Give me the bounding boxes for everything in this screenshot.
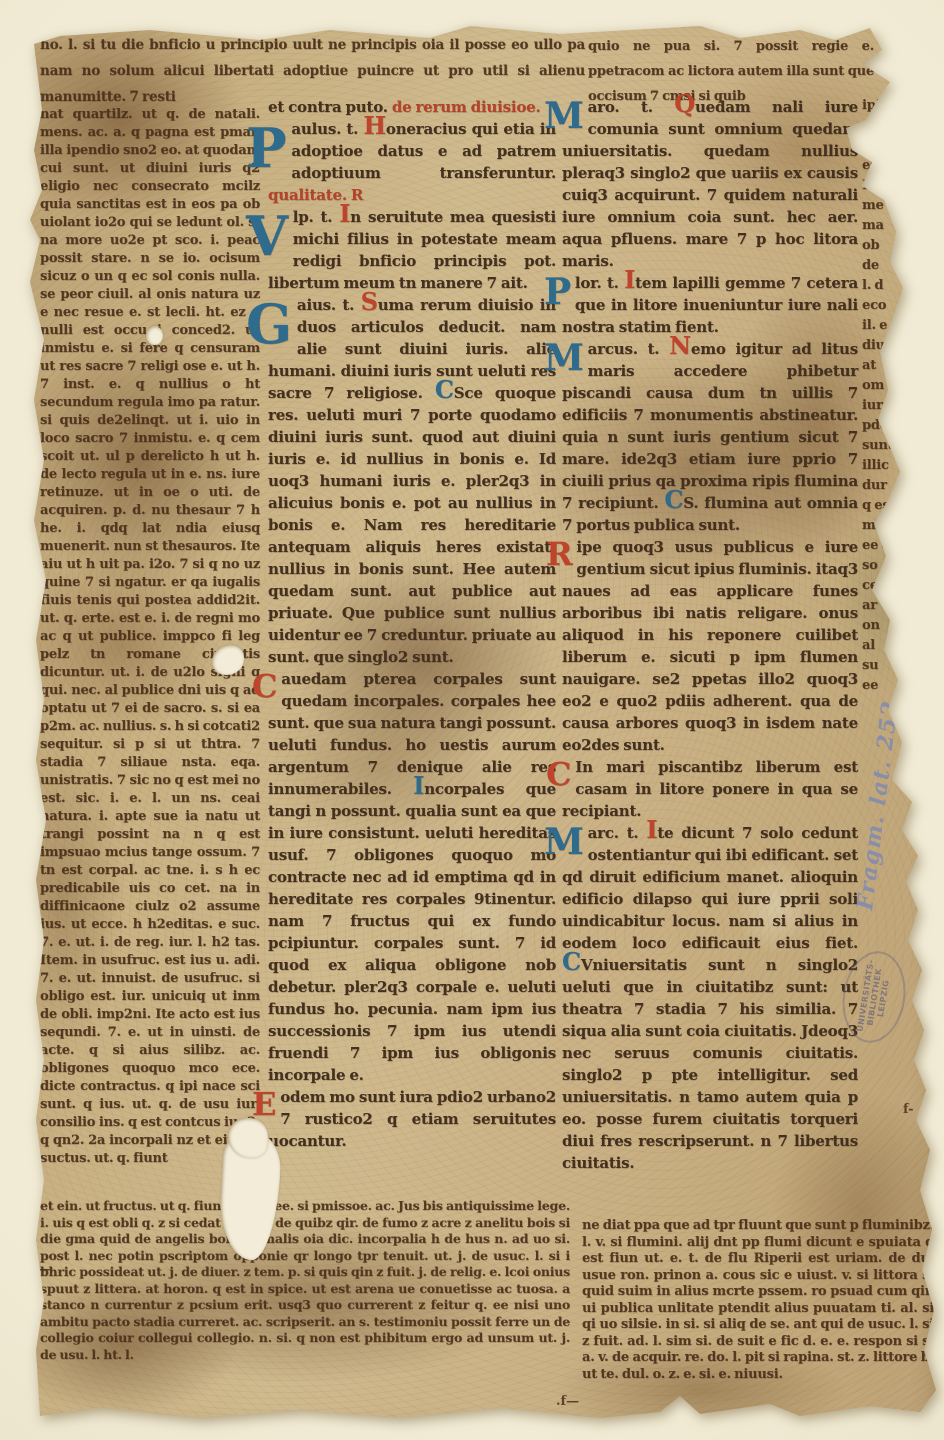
- text-run: I: [413, 771, 424, 800]
- paragraph-text: ipe quoq3 usus publicus e iure gentium s…: [562, 538, 858, 754]
- text-run: I: [646, 815, 657, 844]
- paragraph-text: arc. t. Ite dicunt 7 solo cedunt ostenti…: [562, 824, 858, 1172]
- gloss-line: si rapina. st. z.: [768, 1350, 870, 1365]
- gloss-fragment: diu: [862, 336, 936, 356]
- text-run: auedam pterea corpales sunt quedam incor…: [268, 670, 556, 798]
- gloss-fragment: eco: [862, 296, 936, 316]
- paragraph-text: arcus. t. Nemo igitur ad litus maris acc…: [562, 340, 858, 534]
- gloss-fragment: ce: [862, 576, 936, 596]
- text-run: C: [435, 375, 454, 404]
- decorated-initial: R: [546, 537, 572, 575]
- text-paragraph: Cauedam pterea corpales sunt quedam inco…: [268, 668, 556, 1086]
- manuscript-leaf: ho. l. si tu die bnficio u principio uul…: [0, 0, 944, 1440]
- decorated-initial: M: [544, 339, 584, 379]
- gloss-fragment: il. e: [862, 316, 936, 336]
- gloss-fragment: ar: [862, 596, 936, 616]
- text-paragraph: et contra puto. de rerum diuisioe.: [268, 96, 556, 118]
- text-paragraph: CIn mari piscantibz liberum est casam in…: [562, 756, 858, 822]
- gloss-fragment: ee: [862, 676, 936, 696]
- text-run: arc. t.: [588, 824, 647, 842]
- gloss-fragment: me: [862, 196, 936, 216]
- right-marginal-gloss: ipi sta pu esta Item me ma ob de l. d ec…: [862, 96, 936, 696]
- decorated-initial: V: [246, 208, 288, 270]
- gloss-fragment: dur: [862, 476, 936, 496]
- text-paragraph: Gaius. t. Suma rerum diuisio in duos art…: [268, 294, 556, 668]
- gloss-fragment: sta: [862, 116, 936, 136]
- text-run: de rerum diuisioe.: [392, 98, 541, 116]
- gloss-fragment: om: [862, 376, 936, 396]
- gloss-fragment: l. d: [862, 276, 936, 296]
- gloss-line: mens. ac.: [40, 125, 108, 140]
- gloss-fragment: al: [862, 636, 936, 656]
- text-paragraph: Plor. t. Item lapilli gemme 7 cetera que…: [562, 272, 858, 338]
- gloss-line: nat quartilz. ut q. de natali.: [40, 107, 260, 122]
- gloss-line: quio ne pua: [588, 39, 690, 54]
- text-run: H: [363, 111, 385, 140]
- text-paragraph: Paulus. t. Honeracius qui etia in adopti…: [268, 118, 556, 206]
- margin-tie-mark: f-: [903, 1102, 914, 1117]
- text-paragraph: Marc. t. Ite dicunt 7 solo cedunt ostent…: [562, 822, 858, 1174]
- text-run: Vniuersitatis sunt n singlo2 ueluti que …: [562, 956, 858, 1172]
- decorated-initial: C: [546, 757, 571, 795]
- paragraph-text: aro. t. Quedam nali iure comunia sunt om…: [562, 98, 858, 270]
- text-run: S: [361, 287, 378, 316]
- text-run: lor. t.: [575, 274, 624, 292]
- text-run: uedam nali iure comunia sunt omnium qued…: [562, 98, 858, 270]
- paragraph-text: aulus. t. Honeracius qui etia in adoptio…: [268, 120, 556, 204]
- paragraph-text: auedam pterea corpales sunt quedam incor…: [268, 670, 556, 1084]
- text-run: C: [562, 947, 581, 976]
- text-paragraph: Vlp. t. In seruitute mea quesisti michi …: [268, 206, 556, 294]
- decorated-initial: M: [544, 823, 584, 863]
- gloss-fragment: iur: [862, 396, 936, 416]
- gloss-fragment: on: [862, 616, 936, 636]
- text-run: aius. t.: [297, 296, 361, 314]
- text-run: Sce quoque res. ueluti muri 7 porte quod…: [268, 384, 556, 666]
- text-run: emo igitur ad litus maris accedere phibe…: [562, 340, 858, 512]
- text-run: aro. t.: [588, 98, 675, 116]
- paragraph-text: lor. t. Item lapilli gemme 7 cetera que …: [562, 274, 858, 336]
- gloss-fragment: ob: [862, 236, 936, 256]
- gloss-fragment: Item: [862, 176, 936, 196]
- paragraph-text: aius. t. Suma rerum diuisio in duos arti…: [268, 296, 556, 666]
- gloss-fragment: at: [862, 356, 936, 376]
- gloss-fragment: sunt: [862, 436, 936, 456]
- gloss-fragment: pu: [862, 136, 936, 156]
- damage-hole: [228, 1118, 268, 1158]
- paragraph-text: lp. t. In seruitute mea quesisti michi f…: [268, 208, 556, 292]
- gloss-line: ne diat ppa que ad tpr fluunt que sunt p: [582, 1218, 859, 1233]
- paragraph-text: In mari piscantibz liberum est casam in …: [562, 758, 858, 820]
- text-paragraph: Ripe quoq3 usus publicus e iure gentium …: [562, 536, 858, 756]
- bottom-gloss-right: ne diat ppa que ad tpr fluunt que sunt p…: [582, 1218, 934, 1383]
- text-run: te dicunt 7 solo cedunt ostentiantur qui…: [562, 824, 858, 952]
- damage-hole: [146, 326, 163, 345]
- gloss-fragment: esta: [862, 156, 936, 176]
- decorated-initial: C: [252, 669, 277, 707]
- text-paragraph: Eodem mo sunt iura pdio2 urbano2 7 rusti…: [268, 1086, 556, 1152]
- text-paragraph: Marcus. t. Nemo igitur ad litus maris ac…: [562, 338, 858, 536]
- text-run: ipe quoq3 usus publicus e iure gentium s…: [562, 538, 858, 754]
- main-text-column-1: et contra puto. de rerum diuisioe. Paulu…: [268, 96, 556, 1152]
- text-run: N: [669, 331, 691, 360]
- gloss-fragment: ipi: [862, 96, 936, 116]
- gloss-line: ho. l. si tu die bnficio u principio uul…: [40, 37, 506, 53]
- bottom-gloss-left: et ein. ut fructus. ut q. fiunt geb. q e…: [40, 1198, 570, 1363]
- text-run: aulus. t.: [291, 120, 363, 138]
- text-run: Q: [674, 89, 695, 118]
- gloss-fragment: ee o: [862, 536, 936, 556]
- main-text-column-2: Maro. t. Quedam nali iure comunia sunt o…: [562, 96, 858, 1174]
- text-run: odem mo sunt iura pdio2 urbano2 7 rustic…: [268, 1088, 556, 1150]
- gloss-line: cui sunt. ut diuini iuris q2: [40, 161, 260, 176]
- text-run: arcus. t.: [588, 340, 669, 358]
- decorated-initial: P: [544, 273, 571, 313]
- gloss-fragment: q es: [862, 496, 936, 516]
- margin-tie-mark: s—: [30, 1262, 50, 1277]
- decorated-initial: P: [246, 120, 286, 182]
- manuscript-photo-page: ho. l. si tu die bnficio u principio uul…: [0, 0, 944, 1440]
- paragraph-text: et contra puto. de rerum diuisioe.: [268, 98, 541, 116]
- margin-tie-mark: .f—: [556, 1394, 579, 1409]
- gloss-line: ipendio sno2 eo. at quodam: [66, 143, 260, 158]
- text-run: C: [664, 485, 683, 514]
- gloss-fragment: illic: [862, 456, 936, 476]
- gloss-line: publica unlitate ptendit alius puuatam: [601, 1301, 877, 1316]
- gloss-line: et ein. ut fructus. ut q. fiunt: [40, 1198, 227, 1213]
- parchment-shadow-wrap: ho. l. si tu die bnficio u principio uul…: [0, 0, 944, 1440]
- gloss-fragment: mo: [862, 516, 936, 536]
- text-run: ncorpales que tangi n possunt. qualia su…: [268, 780, 556, 1084]
- gloss-line: q ut publice. imppco fi leg: [63, 629, 260, 644]
- text-run: In mari piscantibz liberum est casam in …: [562, 758, 858, 820]
- decorated-initial: M: [544, 97, 584, 137]
- gloss-fragment: de: [862, 256, 936, 276]
- decorated-initial: G: [246, 296, 292, 358]
- gloss-line: eligio nec consecrato mcilz: [40, 179, 260, 194]
- gloss-fragment: pde: [862, 416, 936, 436]
- gloss-line: quia sanctitas est in eos pa: [40, 197, 237, 212]
- gloss-line: de obli. imp2ni. Ite acto est ius: [40, 1007, 260, 1022]
- text-run: lp. t.: [293, 208, 340, 226]
- text-run: I: [339, 199, 350, 228]
- text-run: I: [624, 265, 635, 294]
- gloss-fragment: so: [862, 556, 936, 576]
- gloss-line: gma quid de angelis bonis z malis oia di…: [65, 1231, 550, 1246]
- gloss-fragment: ma: [862, 216, 936, 236]
- paragraph-text: odem mo sunt iura pdio2 urbano2 7 rustic…: [268, 1088, 556, 1150]
- text-paragraph: Maro. t. Quedam nali iure comunia sunt o…: [562, 96, 858, 272]
- gloss-fragment: su: [862, 656, 936, 676]
